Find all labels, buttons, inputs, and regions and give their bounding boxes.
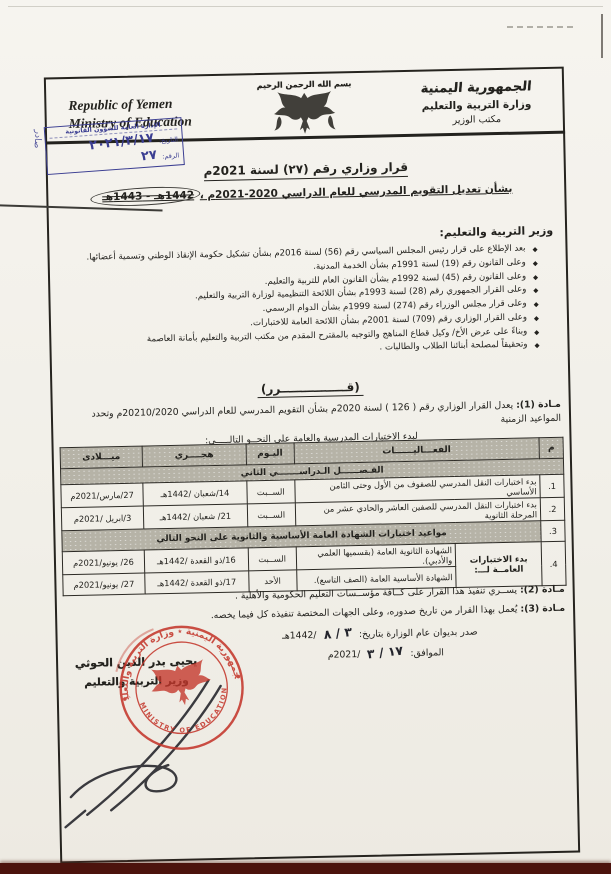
cell-num: 1. [540,474,564,497]
preamble-list: بعد الإطلاع على قرار رئيس المجلس السياسي… [55,242,539,362]
cell-day: الســبت [247,503,295,527]
received-number-handwritten: ٢٧ [140,148,158,165]
corresponding-tail: /2021م [328,649,361,661]
cell-hijri: 21/ شعبان /1442هـ [143,504,247,529]
corresponding-date-line: الموافق: ١٧ / ٣ /2021م [328,643,445,660]
cell-day: الســبت [248,547,296,571]
document-page: الجمهورية اليمنية وزارة التربية والتعليم… [0,0,611,874]
country-name-arabic: الجمهورية اليمنية [400,79,553,97]
corresponding-label: الموافق: [410,647,444,659]
struck-hijri-years: 1442هـ - 1443هـ [100,189,196,203]
header-cell-gregorian: ميـــلادى [60,446,142,469]
received-stamp-box: الإدارة العامة للشؤون القانونية التاريخ:… [44,117,185,175]
header-cell-hijri: هجــــري [142,444,246,467]
exam-schedule-table: م الفعـــاليــــــات اليـوم هجــــري ميـ… [60,437,567,597]
red-stamp-eagle-icon [147,658,214,710]
issued-date-label: صدر بديوان عام الوزارة بتاريخ: [359,627,478,640]
cell-num: 2. [540,497,564,520]
cell-hijri: 16/ذو القعدة /1442هـ [144,548,248,573]
ministry-name-arabic: وزارة التربية والتعليم [400,98,552,113]
ministry-red-stamp: الجمهورية اليمنية ٭ وزارة التربية والتعل… [103,609,260,766]
cell-hijri: 14/شعبان /1442هـ [143,481,247,506]
header-arabic: الجمهورية اليمنية وزارة التربية والتعليم… [400,79,553,127]
received-stamp: صادر الإدارة العامة للشؤون القانونية الت… [45,121,184,172]
received-date-label: التاريخ: [159,135,179,144]
yemen-eagle-emblem-icon [272,88,337,135]
header-cell-day: اليـوم [246,443,294,465]
cell-num: 3. [541,520,565,541]
decision-word-text: (قــــــــــــــــرر) [257,380,364,398]
decree-subject: بشأن تعديل التقويم المدرسي للعام الدراسي… [52,182,560,205]
article-1-label: مـادة (1): [516,399,561,411]
corresponding-handwritten: ١٧ / ٣ [367,643,405,662]
header-cell-num: م [539,437,563,458]
decision-word: (قــــــــــــــــرر) [52,376,568,401]
issued-date-handwritten: ٣ / ٨ [323,624,353,642]
minister-office-label: مكتب الوزير [401,113,553,127]
scan-corner-mark [601,14,603,58]
cell-day: الســبت [247,480,295,504]
cell-gregorian: 26/ يونيو/2021م [62,550,144,575]
decree-subject-text: بشأن تعديل التقويم المدرسي للعام الدراسي… [200,183,513,202]
cell-gregorian: 27/مارس/2021م [61,483,143,508]
issued-date-tail: /1442هـ [282,630,317,642]
article-3-text: يُعمل بهذا القرار من تاريخ صدوره، وعلى ا… [211,604,518,621]
issued-date-line: صدر بديوان عام الوزارة بتاريخ: ٣ / ٨ /14… [282,623,478,642]
article-2-label: مـادة (2): [520,584,565,596]
received-number-label: الرقم: [162,151,180,160]
article-1-text: يعدل القرار الوزاري رقم ( 126 ) لسنة 202… [91,400,561,425]
cell-num: 4. [541,541,566,585]
received-stamp-side-note: صادر [31,129,43,149]
header-emblem: بسم الله الرحمن الرحيم [229,79,380,141]
scan-dash-mark [507,26,573,28]
cell-lead: بدء الاختبارات العامــة لـــ: [455,542,542,588]
scan-paper-edge [8,6,603,7]
page-frame: الجمهورية اليمنية وزارة التربية والتعليم… [44,67,580,864]
cell-event: الشهادة الثانوية العامة (بقسميها العلمي … [296,544,456,570]
preamble-heading: وزير التربية والتعليم: [439,224,553,239]
article-3-label: مـادة (3): [520,603,565,615]
scan-bottom-edge [0,863,611,874]
decree-title-text: قرار وزاري رقم (٢٧) لسنة 2021م [203,160,408,181]
cell-gregorian: 3/ابريل /2021م [61,506,143,531]
